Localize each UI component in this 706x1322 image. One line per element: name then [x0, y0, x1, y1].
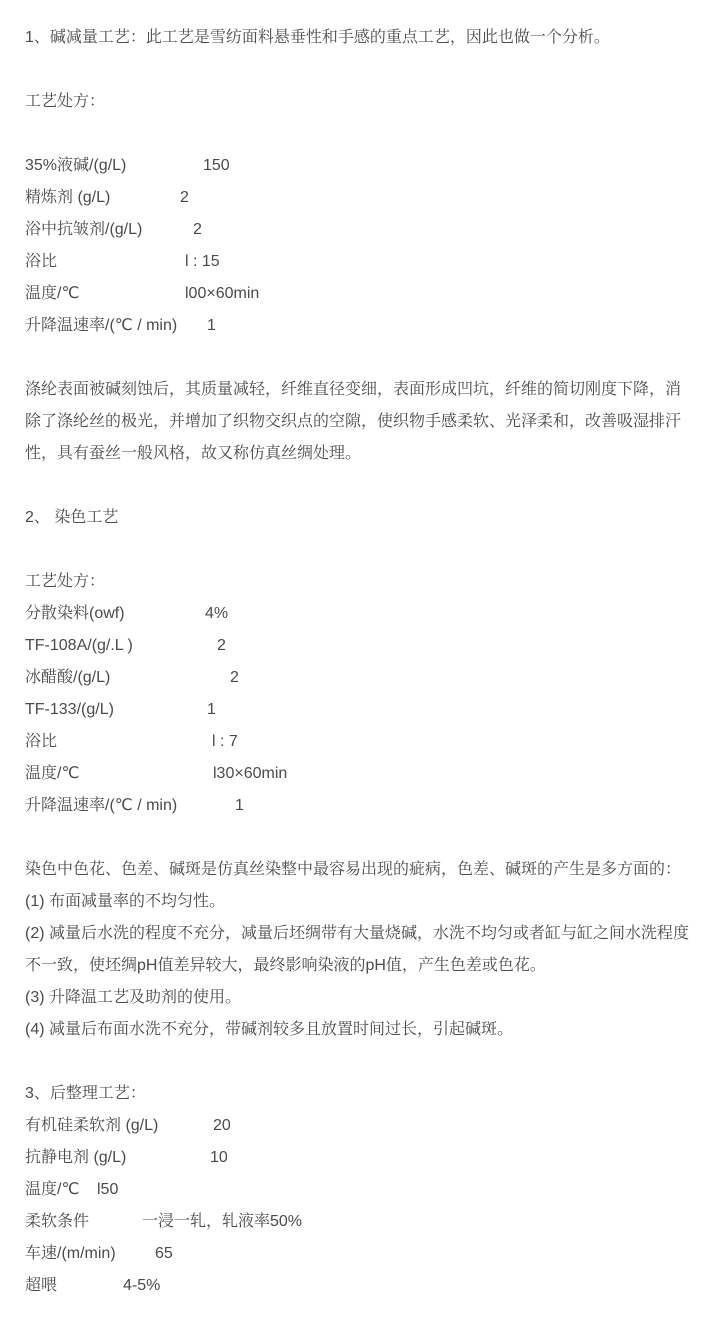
recipe-value: l00×60min: [185, 278, 259, 310]
recipe-value: 20: [213, 1110, 231, 1142]
section2-heading: 2、 染色工艺: [25, 502, 686, 534]
recipe-row: 车速/(m/min) 65: [25, 1238, 686, 1270]
blank-line: [25, 342, 686, 374]
recipe-label: 分散染料(owf): [25, 598, 125, 630]
recipe-label: 浴比: [25, 726, 57, 758]
section1-recipe-title: 工艺处方：: [25, 86, 686, 118]
recipe-row: 35%液碱/(g/L) 150: [25, 150, 686, 182]
defect-item-continued: 不一致，使坯绸pH值差异较大，最终影响染液的pH值，产生色差或色花。: [25, 950, 686, 982]
recipe-row: 分散染料(owf) 4%: [25, 598, 686, 630]
recipe-value: 1: [207, 310, 216, 342]
document-body: 1、碱减量工艺：此工艺是雪纺面料悬垂性和手感的重点工艺，因此也做一个分析。 工艺…: [0, 0, 706, 1322]
recipe-label: 车速/(m/min): [25, 1238, 116, 1270]
recipe-value: l30×60min: [213, 758, 287, 790]
recipe-row: 温度/℃ l30×60min: [25, 758, 686, 790]
section2-recipe-title: 工艺处方：: [25, 566, 686, 598]
recipe-label: 抗静电剂 (g/L): [25, 1142, 126, 1174]
blank-line: [25, 470, 686, 502]
recipe-value: 4-5%: [123, 1270, 160, 1302]
recipe-label: 升降温速率/(℃ / min): [25, 310, 177, 342]
blank-line: [25, 822, 686, 854]
recipe-label: 浴中抗皱剂/(g/L): [25, 214, 142, 246]
recipe-row: 有机硅柔软剂 (g/L) 20: [25, 1110, 686, 1142]
recipe-label: 温度/℃: [25, 758, 79, 790]
recipe-value: 2: [217, 630, 226, 662]
paragraph-line: 除了涤纶丝的极光，并增加了织物交织点的空隙，使织物手感柔软、光泽柔和，改善吸湿排…: [25, 406, 686, 438]
recipe-value: l : 7: [212, 726, 238, 758]
recipe-label: 有机硅柔软剂 (g/L): [25, 1110, 158, 1142]
defect-item: (4) 减量后布面水洗不充分，带碱剂较多且放置时间过长，引起碱斑。: [25, 1014, 686, 1046]
section1-heading: 1、碱减量工艺：此工艺是雪纺面料悬垂性和手感的重点工艺，因此也做一个分析。: [25, 22, 686, 54]
section3-heading: 3、后整理工艺：: [25, 1078, 686, 1110]
recipe-row: TF-108A/(g/.L ) 2: [25, 630, 686, 662]
paragraph-line: 涤纶表面被碱刻蚀后，其质量减轻，纤维直径变细，表面形成凹坑，纤维的简切刚度下降，…: [25, 374, 686, 406]
recipe-label: 柔软条件: [25, 1206, 89, 1238]
paragraph-line: 性，具有蚕丝一般风格，故又称仿真丝绸处理。: [25, 438, 686, 470]
recipe-label: 温度/℃: [25, 1174, 79, 1206]
recipe-value: 150: [203, 150, 230, 182]
blank-line: [25, 1046, 686, 1078]
recipe-label: 精炼剂 (g/L): [25, 182, 110, 214]
recipe-row: 精炼剂 (g/L) 2: [25, 182, 686, 214]
recipe-value: 一浸一轧，轧液率50%: [142, 1206, 302, 1238]
recipe-row: 浴比 l : 7: [25, 726, 686, 758]
recipe-row: 冰醋酸/(g/L) 2: [25, 662, 686, 694]
recipe-value: 2: [193, 214, 202, 246]
recipe-value: 2: [230, 662, 239, 694]
recipe-value: l : 15: [185, 246, 220, 278]
recipe-label: TF-108A/(g/.L ): [25, 630, 133, 662]
blank-line: [25, 118, 686, 150]
recipe-label: 升降温速率/(℃ / min): [25, 790, 177, 822]
recipe-row: 温度/℃ l50: [25, 1174, 686, 1206]
defect-item: (3) 升降温工艺及助剂的使用。: [25, 982, 686, 1014]
recipe-value: 10: [210, 1142, 228, 1174]
recipe-row: TF-133/(g/L) 1: [25, 694, 686, 726]
recipe-row: 升降温速率/(℃ / min) 1: [25, 790, 686, 822]
recipe-label: 温度/℃: [25, 278, 79, 310]
defects-intro: 染色中色花、色差、碱斑是仿真丝染整中最容易出现的疵病，色差、碱斑的产生是多方面的…: [25, 854, 686, 886]
recipe-label: TF-133/(g/L): [25, 694, 114, 726]
recipe-row: 温度/℃ l00×60min: [25, 278, 686, 310]
recipe-value: 65: [155, 1238, 173, 1270]
blank-line: [25, 534, 686, 566]
defect-item: (1) 布面减量率的不均匀性。: [25, 886, 686, 918]
recipe-row: 浴中抗皱剂/(g/L) 2: [25, 214, 686, 246]
blank-line: [25, 54, 686, 86]
recipe-row: 柔软条件 一浸一轧，轧液率50%: [25, 1206, 686, 1238]
recipe-label: 浴比: [25, 246, 57, 278]
recipe-row: 抗静电剂 (g/L) 10: [25, 1142, 686, 1174]
recipe-row: 超喂 4-5%: [25, 1270, 686, 1302]
recipe-label: 超喂: [25, 1270, 57, 1302]
recipe-value: 1: [235, 790, 244, 822]
recipe-label: 35%液碱/(g/L): [25, 150, 126, 182]
recipe-label: 冰醋酸/(g/L): [25, 662, 110, 694]
recipe-value: 1: [207, 694, 216, 726]
defect-item: (2) 减量后水洗的程度不充分，减量后坯绸带有大量烧碱，水洗不均匀或者缸与缸之间…: [25, 918, 686, 950]
recipe-value: l50: [97, 1174, 118, 1206]
recipe-row: 浴比 l : 15: [25, 246, 686, 278]
recipe-value: 4%: [205, 598, 228, 630]
recipe-value: 2: [180, 182, 189, 214]
recipe-row: 升降温速率/(℃ / min) 1: [25, 310, 686, 342]
